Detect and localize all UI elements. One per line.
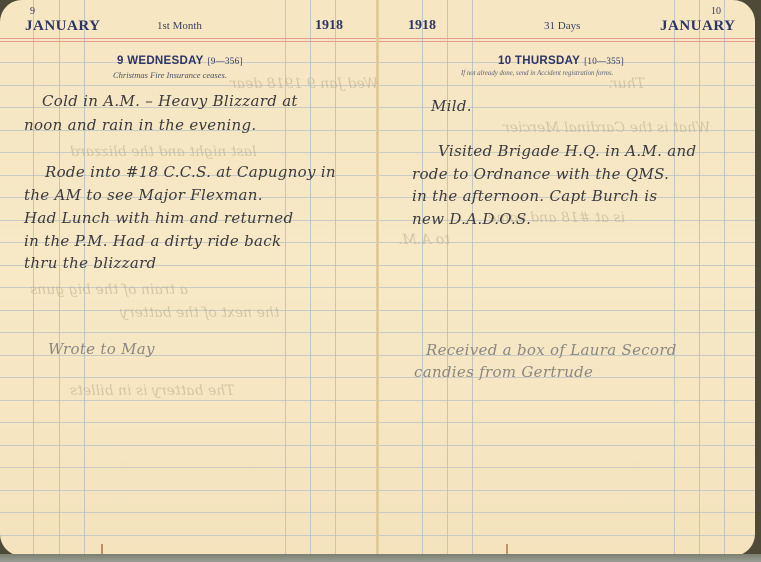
- column-line: [472, 0, 473, 556]
- year-label: 1918: [408, 18, 436, 34]
- entry-line: in the P.M. Had a dirty ride back: [24, 232, 281, 250]
- header-red-rule: [378, 41, 755, 42]
- page-mark: [101, 544, 103, 554]
- rule-line: [0, 422, 378, 423]
- day-count: [9—356]: [208, 56, 243, 66]
- printed-note: If not already done, send in Accident re…: [461, 70, 613, 77]
- page-number: 10: [711, 6, 721, 17]
- entry-line: Cold in A.M. – Heavy Blizzard at: [42, 92, 298, 110]
- rule-line: [0, 332, 378, 333]
- column-line: [724, 0, 725, 556]
- bleed-through: the next of the battery: [120, 305, 280, 321]
- rule-line: [0, 535, 378, 536]
- day-heading: 10 THURSDAY[10—355]: [498, 55, 624, 67]
- day-title: 10 THURSDAY: [498, 55, 580, 67]
- entry-line: Rode into #18 C.C.S. at Capugnoy in: [45, 163, 336, 181]
- entry-line: thru the blizzard: [24, 254, 156, 272]
- column-line: [33, 0, 34, 556]
- column-line: [674, 0, 675, 556]
- year-label: 1918: [315, 18, 343, 34]
- diary-spread: 9 JANUARY 1st Month 1918 9 WEDNESDAY[9—3…: [0, 0, 761, 562]
- header-red-rule: [378, 38, 755, 39]
- rule-line: [0, 445, 378, 446]
- bleed-through: Thur.: [608, 76, 645, 92]
- left-page: 9 JANUARY 1st Month 1918 9 WEDNESDAY[9—3…: [0, 0, 378, 556]
- entry-line: the AM to see Major Flexman.: [24, 186, 263, 204]
- entry-line: rode to Ordnance with the QMS.: [412, 165, 669, 183]
- printed-note: Christmas Fire Insurance ceases.: [113, 70, 227, 80]
- entry-line-pencil: candies from Gertrude: [414, 363, 593, 381]
- right-page: 1918 31 Days 10 JANUARY 10 THURSDAY[10—3…: [378, 0, 755, 556]
- day-count: [10—355]: [584, 56, 624, 66]
- bleed-through: last night and the blizzard: [70, 144, 256, 160]
- days-in-month: 31 Days: [544, 20, 580, 32]
- entry-line-pencil: Wrote to May: [48, 340, 155, 358]
- day-title: 9 WEDNESDAY: [117, 55, 204, 67]
- rule-line: [0, 512, 378, 513]
- entry-line-pencil: Received a box of Laura Secord: [426, 341, 677, 359]
- book-bottom-edge: [0, 554, 761, 562]
- header-red-rule: [0, 41, 378, 42]
- page-number: 9: [30, 6, 35, 17]
- month-label: JANUARY: [25, 18, 100, 35]
- entry-line: Mild.: [431, 97, 472, 115]
- bleed-through: The battery is in billets: [70, 383, 235, 399]
- bleed-through: Wed Jan 9 1918 dear: [230, 76, 378, 92]
- page-mark: [506, 544, 508, 554]
- rule-line: [0, 377, 378, 378]
- book-spine: [376, 0, 379, 556]
- column-line: [59, 0, 60, 556]
- day-heading: 9 WEDNESDAY[9—356]: [117, 55, 243, 67]
- entry-line: Had Lunch with him and returned: [24, 209, 293, 227]
- column-line: [699, 0, 700, 556]
- entry-line: Visited Brigade H.Q. in A.M. and: [438, 142, 696, 160]
- month-label: JANUARY: [660, 18, 735, 35]
- entry-line: noon and rain in the evening.: [24, 116, 256, 134]
- column-line: [422, 0, 423, 556]
- entry-line: new D.A.D.O.S.: [412, 210, 531, 228]
- column-line: [84, 0, 85, 556]
- rule-line: [0, 490, 378, 491]
- header-red-rule: [0, 38, 378, 39]
- rule-line: [0, 400, 378, 401]
- month-ordinal: 1st Month: [157, 20, 202, 32]
- entry-line: in the afternoon. Capt Burch is: [412, 187, 657, 205]
- bleed-through: a train of the big guns: [30, 282, 188, 298]
- column-line: [447, 0, 448, 556]
- bleed-through: to A.M.: [398, 232, 450, 248]
- bleed-through: What is the Cardinal Mercier: [503, 120, 710, 136]
- rule-line: [0, 467, 378, 468]
